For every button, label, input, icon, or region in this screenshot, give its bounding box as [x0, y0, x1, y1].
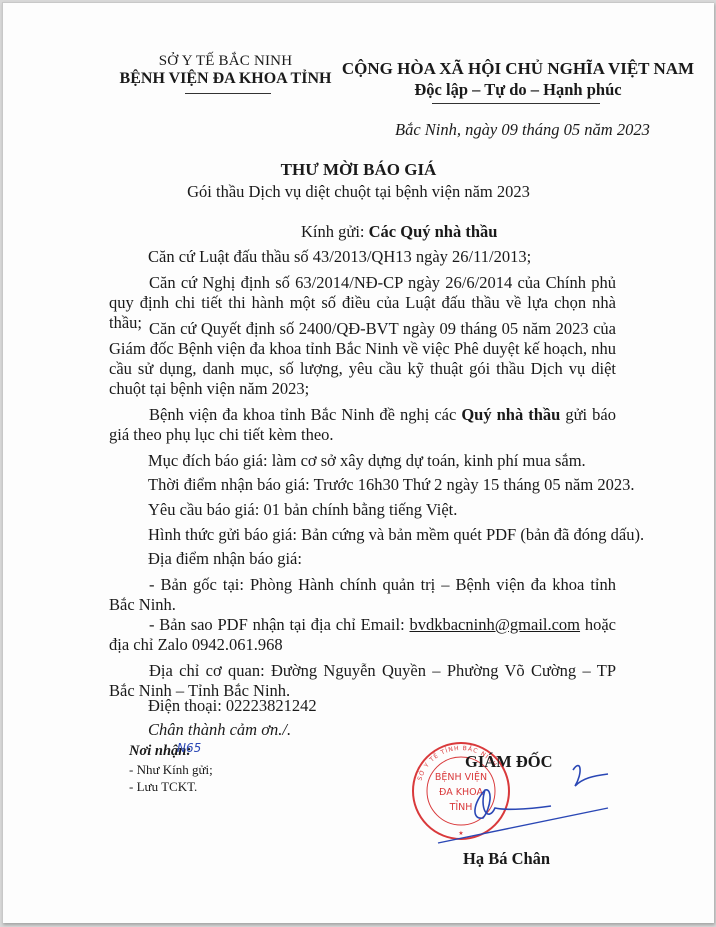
- document-title: THƯ MỜI BÁO GIÁ: [3, 160, 714, 180]
- purpose-line: Mục đích báo giá: làm cơ sở xây dựng dự …: [148, 451, 586, 471]
- signer-name: Hạ Bá Chân: [463, 849, 550, 869]
- requirement-line: Yêu cầu báo giá: 01 bản chính bằng tiếng…: [148, 500, 457, 520]
- national-title: CỘNG HÒA XÃ HỘI CHỦ NGHĨA VIỆT NAM: [338, 59, 698, 79]
- handwritten-signature-icon: [433, 748, 623, 848]
- basis-law: Căn cứ Luật đấu thầu số 43/2013/QH13 ngà…: [148, 247, 531, 267]
- request-paragraph: Bệnh viện đa khoa tỉnh Bắc Ninh đề nghị …: [109, 405, 616, 445]
- phone-line: Điện thoại: 02223821242: [148, 696, 317, 716]
- document-subtitle: Gói thầu Dịch vụ diệt chuột tại bệnh việ…: [3, 182, 714, 202]
- handwritten-mark: N65: [177, 741, 201, 755]
- format-line: Hình thức gửi báo giá: Bản cứng và bản m…: [148, 525, 644, 545]
- national-motto: Độc lập – Tự do – Hạnh phúc: [338, 80, 698, 100]
- email-link[interactable]: bvdkbacninh@gmail.com: [409, 615, 580, 634]
- recipient-item: - Lưu TCKT.: [129, 779, 197, 795]
- basis-decision: Căn cứ Quyết định số 2400/QĐ-BVT ngày 09…: [109, 319, 616, 399]
- copy-location: - Bản sao PDF nhận tại địa chỉ Email: bv…: [109, 615, 616, 655]
- recipient-label: Kính gửi:: [301, 222, 369, 241]
- header-underline: [185, 93, 271, 94]
- motto-underline: [432, 103, 600, 104]
- document-date: Bắc Ninh, ngày 09 tháng 05 năm 2023: [395, 120, 650, 140]
- recipient-name: Các Quý nhà thầu: [369, 222, 498, 241]
- thanks-line: Chân thành cảm ơn./.: [148, 720, 291, 740]
- recipient-item: - Như Kính gửi;: [129, 762, 213, 778]
- location-label: Địa điểm nhận báo giá:: [148, 549, 302, 569]
- original-location: - Bản gốc tại: Phòng Hành chính quản trị…: [109, 575, 616, 615]
- department-name: SỞ Y TẾ BẮC NINH: [113, 53, 338, 70]
- document-page: SỞ Y TẾ BẮC NINH BỆNH VIỆN ĐA KHOA TỈNH …: [2, 2, 714, 923]
- office-address: Địa chỉ cơ quan: Đường Nguyễn Quyền – Ph…: [109, 661, 616, 701]
- header-national: CỘNG HÒA XÃ HỘI CHỦ NGHĨA VIỆT NAM Độc l…: [338, 59, 698, 100]
- deadline-line: Thời điểm nhận báo giá: Trước 16h30 Thứ …: [148, 475, 634, 495]
- hospital-name: BỆNH VIỆN ĐA KHOA TỈNH: [113, 70, 338, 88]
- recipient-line: Kính gửi: Các Quý nhà thầu: [301, 222, 497, 242]
- header-organization: SỞ Y TẾ BẮC NINH BỆNH VIỆN ĐA KHOA TỈNH: [113, 53, 338, 88]
